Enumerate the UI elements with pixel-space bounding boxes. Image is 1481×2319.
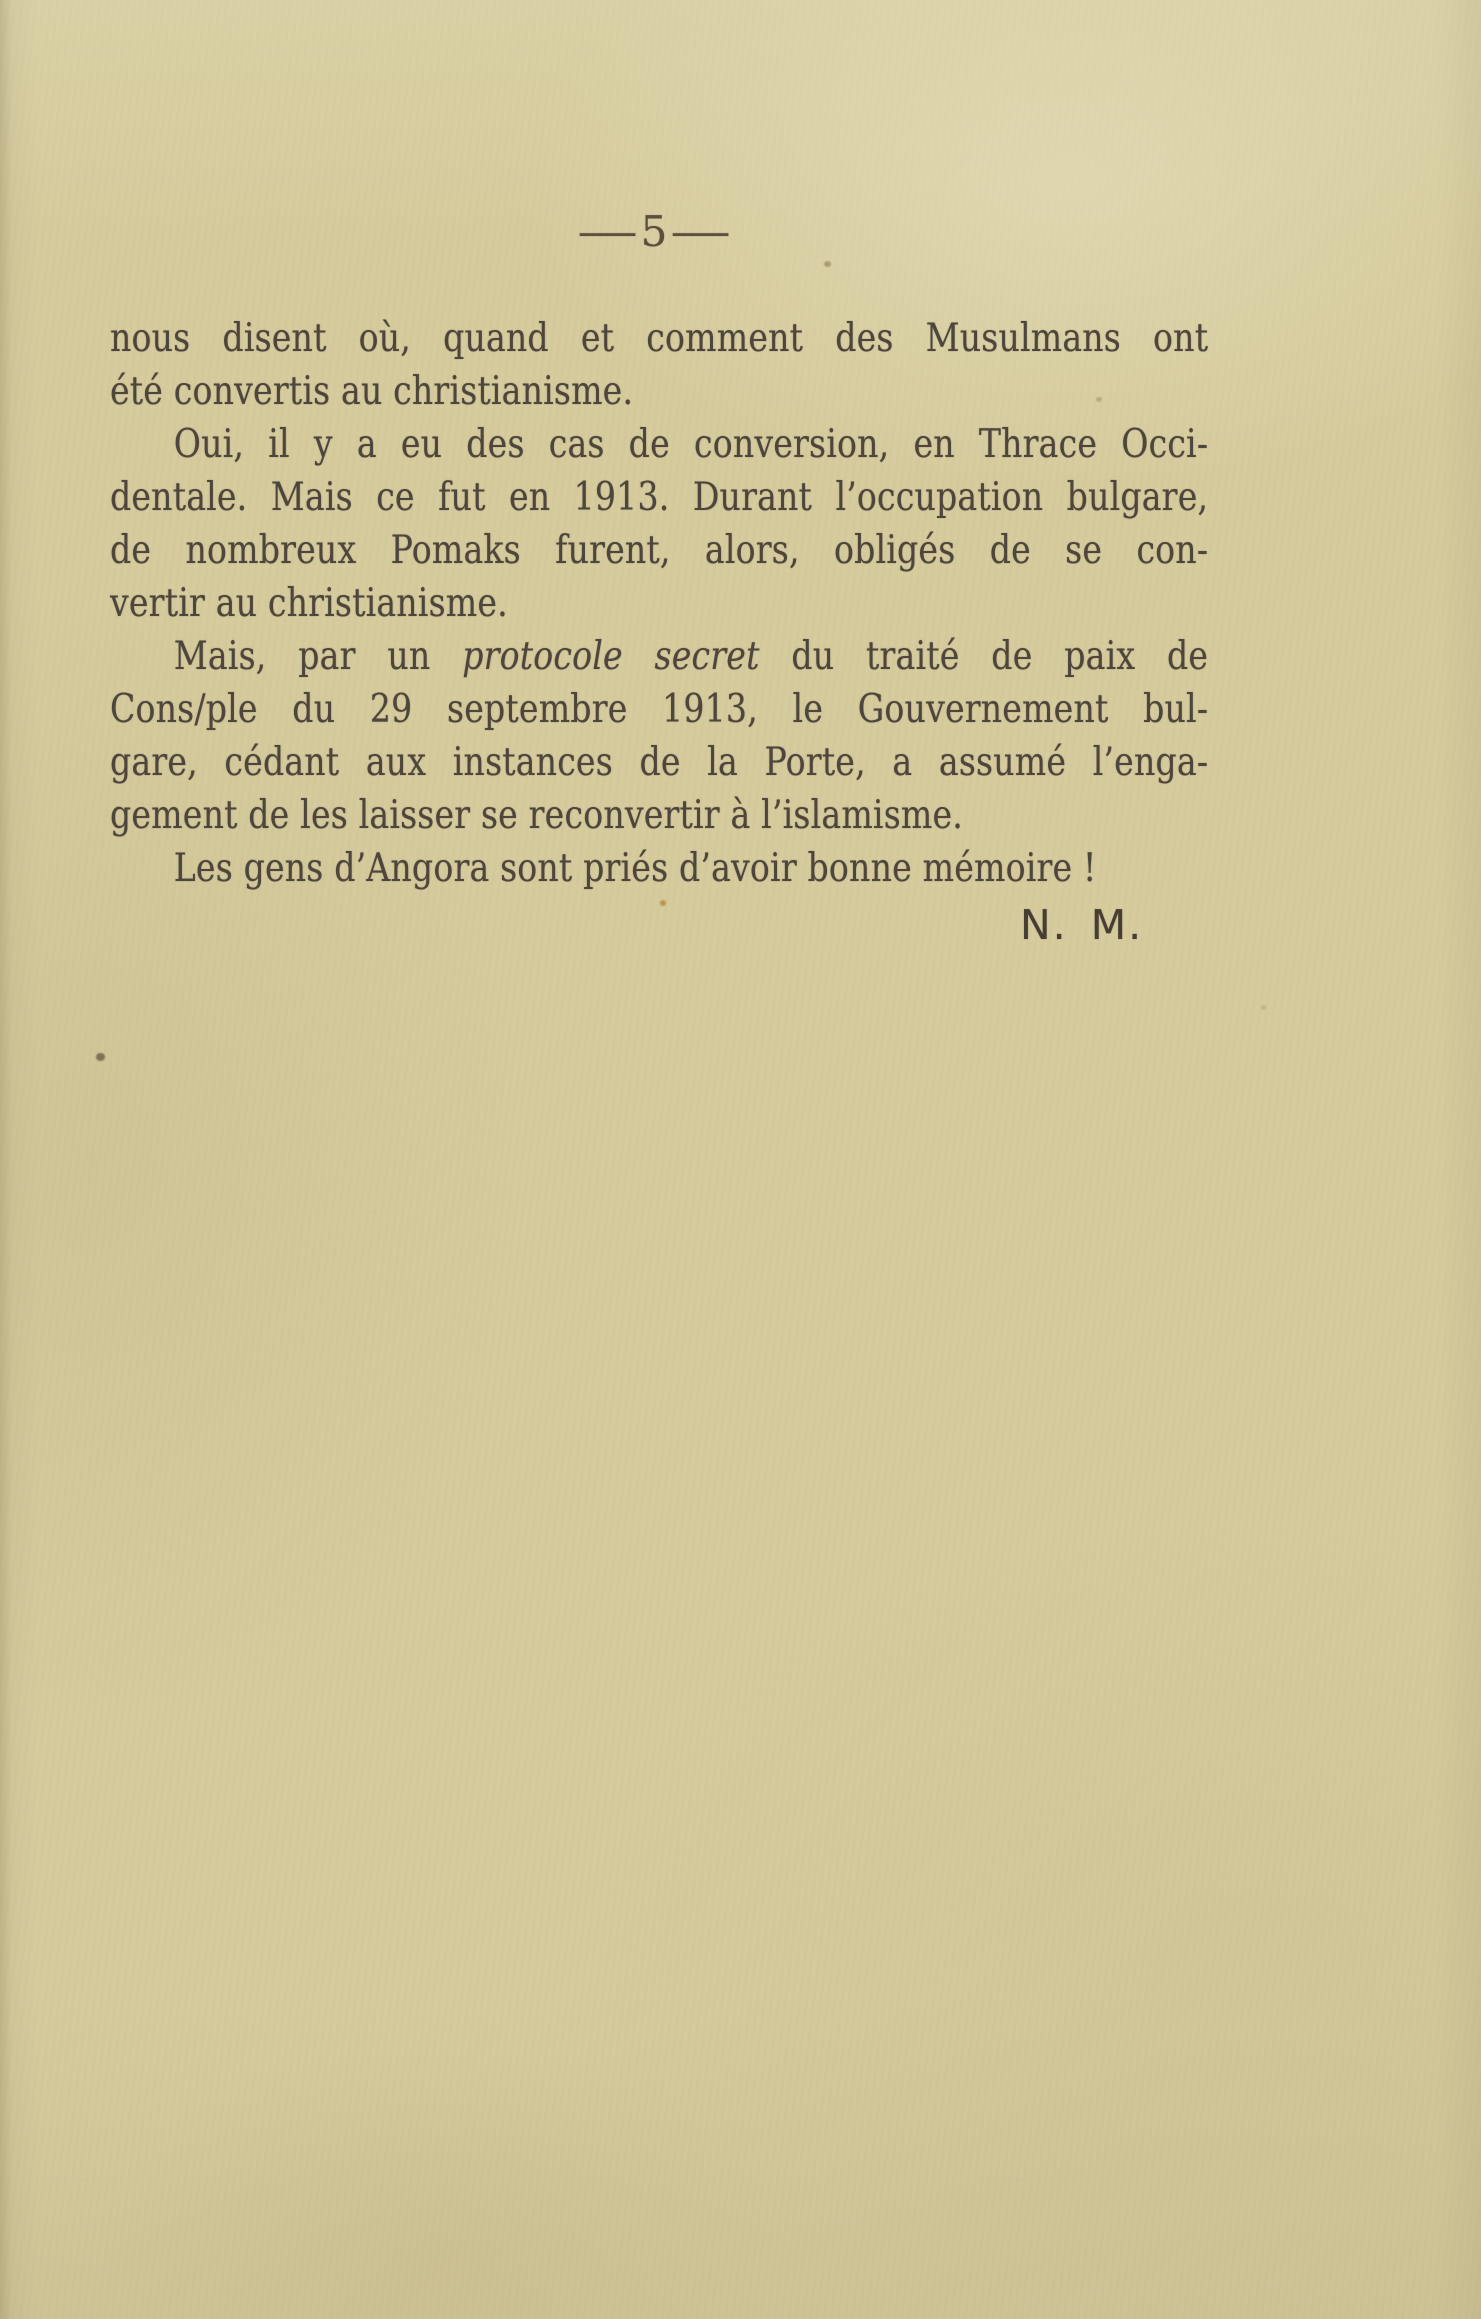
ink-speck [660, 900, 666, 906]
text-line: de nombreux Pomaks furent, alors, obligé… [110, 524, 1208, 577]
text-line: dentale. Mais ce fut en 1913. Durant l’o… [110, 471, 1208, 524]
ink-speck [1261, 1005, 1266, 1010]
header-dash-right: — [670, 207, 731, 256]
ink-speck [824, 261, 831, 267]
ink-speck [96, 1053, 105, 1061]
text-line: gare, cédant aux instances de la Porte, … [110, 736, 1208, 789]
text-line: été convertis au christianisme. [110, 365, 1208, 418]
page-header: —5— [575, 207, 734, 256]
ink-speck [1096, 397, 1102, 402]
text-line: vertir au christianisme. [110, 577, 1208, 630]
page-number: 5 [641, 207, 668, 256]
italic-phrase: protocole secret [462, 634, 759, 679]
author-initials: N. M. [1020, 901, 1143, 949]
text-line: Oui, il y a eu des cas de conversion, en… [110, 418, 1208, 471]
text-line: gement de les laisser se reconvertir à l… [110, 789, 1208, 842]
text-line: Mais, par un protocole secret du traité … [110, 630, 1208, 683]
text-line: nous disent où, quand et comment des Mus… [110, 312, 1208, 365]
text-segment: Mais, par un [174, 634, 462, 679]
text-line: Les gens d’Angora sont priés d’avoir bon… [110, 842, 1208, 895]
text-line: Cons/ple du 29 septembre 1913, le Gouver… [110, 683, 1208, 736]
text-segment: du traité de paix de [760, 634, 1209, 679]
body-text: nous disent où, quand et comment des Mus… [110, 312, 1208, 895]
scanned-book-page: —5— nous disent où, quand et comment des… [0, 0, 1481, 2319]
header-dash-left: — [577, 207, 638, 256]
